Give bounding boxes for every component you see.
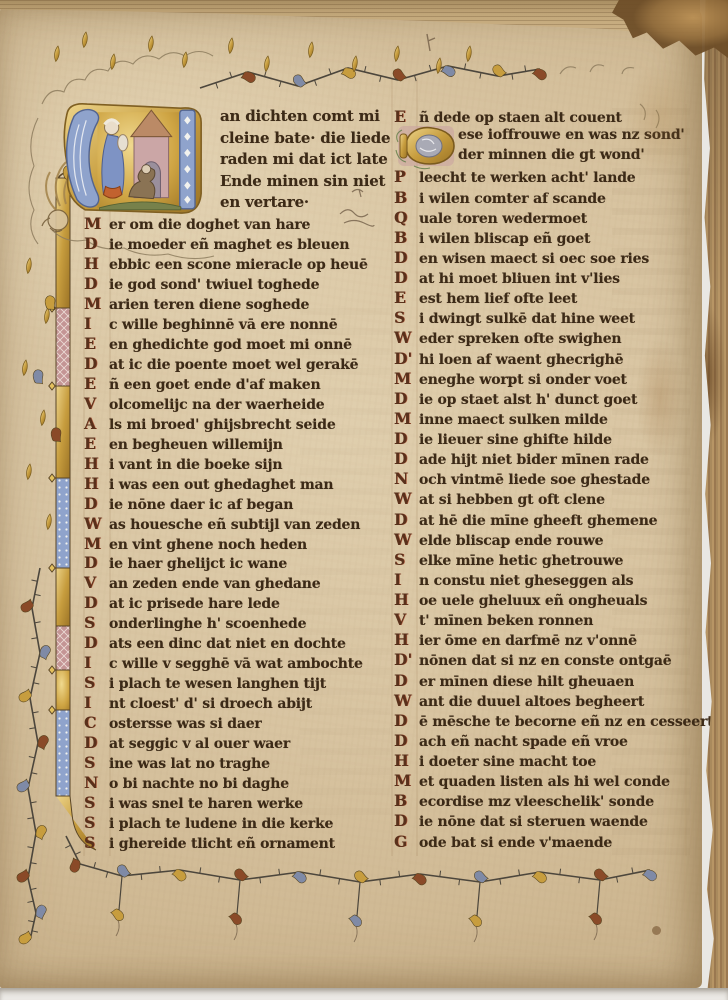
stain-spot: [652, 926, 661, 935]
verse-text: i vant in die boeke sijn: [109, 457, 282, 473]
verse-text: elke mīne hetic ghetrouwe: [419, 553, 623, 569]
gold-drop: [264, 56, 271, 72]
verse-line: Als mi broed' ghijsbrecht seide: [84, 414, 394, 434]
versal-capital: D: [394, 389, 419, 408]
verse-line: Hebbic een scone mieracle op heuē: [84, 254, 394, 274]
opening-line: Ende minen sin niet: [220, 172, 390, 194]
verse-text: at ic die poente moet wel gerakē: [109, 357, 358, 373]
versal-capital: D: [394, 248, 419, 267]
verse-line: Weder spreken ofte swighen: [394, 328, 694, 348]
verse-text: ie lieuer sine ghifte hilde: [419, 432, 612, 448]
gold-drop: [148, 36, 155, 52]
versal-capital: W: [394, 489, 419, 508]
opening-line: an dichten comt mi: [220, 107, 390, 129]
verse-text: nt cloest' d' si droech abijt: [109, 696, 312, 712]
verse-line: Si plach te wesen langhen tijt: [84, 673, 394, 693]
gold-drop: [44, 308, 51, 324]
vine-leaf: [172, 869, 186, 881]
verse-line: Ic wille v segghē vā wat ambochte: [84, 653, 394, 673]
vine-leaf: [340, 66, 357, 81]
verse-text: at ic prisede hare lede: [109, 596, 280, 612]
verse-text: arien teren diene soghede: [109, 297, 309, 313]
versal-capital: D: [394, 429, 419, 448]
versal-capital: D: [84, 553, 109, 572]
versal-capital: M: [394, 409, 419, 428]
verse-line: Een ghedichte god moet mi onnē: [84, 334, 394, 354]
verse-text: ē mēsche te becorne eñ nz en cesseert: [419, 714, 713, 730]
versal-capital: D: [84, 274, 109, 293]
verse-line: Dats een dinc dat niet en dochte: [84, 633, 394, 653]
verse-line: Hi doeter sine macht toe: [394, 751, 694, 771]
opening-line: raden mi dat ict late: [220, 150, 390, 172]
opening-line: en vertare·: [220, 193, 390, 215]
verse-line: Bi wilen bliscap eñ goet: [394, 228, 694, 248]
verse-text: eneghe worpt si onder voet: [419, 372, 627, 388]
verse-line: Gode bat si ende v'maende: [394, 832, 694, 852]
verse-text: et quaden listen als hi wel conde: [419, 774, 670, 790]
verse-line: Dade hijt niet bider mīnen rade: [394, 449, 694, 469]
verse-text: n constu niet gheseggen als: [419, 573, 633, 589]
verse-line: Vt' mīnen beken ronnen: [394, 610, 694, 630]
verse-text: en wisen maect si oec soe ries: [419, 251, 649, 267]
versal-capital: S: [394, 308, 419, 327]
versal-capital: D: [84, 733, 109, 752]
gold-drop: [26, 258, 33, 274]
versal-capital: E: [84, 374, 109, 393]
verse-line: Eest hem lief ofte leet: [394, 288, 694, 308]
verse-text: ier ōme en darfmē nz v'onnē: [419, 633, 637, 649]
verse-line: Sonderlinghe h' scoenhede: [84, 613, 394, 633]
vine-leaf: [18, 687, 33, 704]
versal-capital: D: [84, 593, 109, 612]
versal-capital: D: [84, 354, 109, 373]
verse-line: ese ioffrouwe en was nz sond': [458, 127, 694, 147]
gold-drop: [26, 464, 33, 480]
verse-line: Sine was lat no traghe: [84, 753, 394, 773]
versal-capital: E: [84, 434, 109, 453]
verse-line: D'hi loen af waent ghecrighē: [394, 349, 694, 369]
verse-text: en vertare·: [220, 193, 309, 211]
verse-line: Want die duuel altoes begheert: [394, 691, 694, 711]
verse-line: Die op staet alst h' dunct goet: [394, 389, 694, 409]
manuscript-photo: an dichten comt micleine bate· die liede…: [0, 0, 728, 1000]
verse-text: er om die doghet van hare: [109, 217, 310, 233]
verse-text: i was snel te haren werke: [109, 796, 303, 812]
verse-line: Hier ōme en darfmē nz v'onnē: [394, 630, 694, 650]
verse-line: Met quaden listen als hi wel conde: [394, 771, 694, 791]
verse-text: ese ioffrouwe en was nz sond': [458, 127, 685, 143]
verse-line: Wat si hebben gt oft clene: [394, 489, 694, 509]
versal-capital: H: [84, 454, 109, 473]
versal-capital: W: [394, 328, 419, 347]
verse-line: Volcomelijc na der waerheide: [84, 394, 394, 414]
verse-text: i was een out ghedaghet man: [109, 477, 333, 493]
verse-line: Si dwingt sulkē dat hine weet: [394, 308, 694, 328]
verse-text: er mīnen diese hilt gheuaen: [419, 674, 634, 690]
verse-line: Si plach te ludene in die kerke: [84, 813, 394, 833]
verse-text: an dichten comt mi: [220, 107, 380, 125]
versal-capital: V: [394, 610, 419, 629]
verse-text: ade hijt niet bider mīnen rade: [419, 452, 649, 468]
verse-text: ant die duuel altoes begheert: [419, 694, 644, 710]
versal-capital: H: [84, 254, 109, 273]
versal-capital: I: [84, 314, 109, 333]
verse-line: Noch vintmē liede soe ghestade: [394, 469, 694, 489]
gold-drop: [40, 410, 47, 426]
versal-capital: E: [84, 334, 109, 353]
versal-capital: A: [84, 414, 109, 433]
vine-leaf: [392, 68, 408, 82]
versal-capital: W: [394, 530, 419, 549]
verse-line: Si ghereide tlicht eñ ornament: [84, 833, 394, 853]
verse-line: Eñ een goet ende d'af maken: [84, 374, 394, 394]
vine-leaf: [34, 904, 49, 921]
verse-text: est hem lief ofte leet: [419, 291, 577, 307]
verse-text: olcomelijc na der waerheide: [109, 397, 325, 413]
verse-line: Eñ dede op staen alt couent: [394, 107, 694, 127]
versal-capital: H: [394, 590, 419, 609]
vine-leaf: [36, 734, 51, 751]
versal-capital: D: [394, 731, 419, 750]
versal-capital: M: [394, 771, 419, 790]
versal-capital: N: [394, 469, 419, 488]
versal-capital: D: [394, 510, 419, 529]
vine-leaf: [116, 864, 132, 878]
verse-line: Costersse was si daer: [84, 713, 394, 733]
versal-capital: D: [84, 234, 109, 253]
verse-text: ostersse was si daer: [109, 716, 262, 732]
verse-text: raden mi dat ict late: [220, 150, 388, 168]
versal-capital: G: [394, 832, 419, 851]
text-column-right: Eñ dede op staen alt couentese ioffrouwe…: [394, 107, 694, 852]
verse-line: Die god sond' twiuel toghede: [84, 274, 394, 294]
versal-capital: H: [84, 474, 109, 493]
verse-text: leecht te werken acht' lande: [419, 170, 636, 186]
verse-line: Hoe uele gheluux eñ ongheuals: [394, 590, 694, 610]
vine-stem: [200, 66, 540, 88]
verse-text: cleine bate· die liede: [220, 129, 390, 147]
verse-text: ecordise mz vleeschelik' sonde: [419, 794, 654, 810]
verse-text: en begheuen willemijn: [109, 437, 283, 453]
vine-leaf: [474, 871, 489, 883]
verse-text: at seggic v al ouer waer: [109, 736, 290, 752]
vine-leaf: [642, 869, 657, 882]
versal-capital: D: [394, 811, 419, 830]
verse-text: hi loen af waent ghecrighē: [419, 352, 623, 368]
versal-capital: B: [394, 791, 419, 810]
verse-line: Bi wilen comter af scande: [394, 188, 694, 208]
verse-text: ie haer ghelijct ic wane: [109, 556, 287, 572]
historiated-initial-miniature: [58, 100, 208, 220]
verse-text: ie op staet alst h' dunct goet: [419, 392, 637, 408]
verse-line: Dat seggic v al ouer waer: [84, 733, 394, 753]
gold-drop: [182, 52, 189, 68]
versal-capital: H: [394, 630, 419, 649]
verse-text: at si hebben gt oft clene: [419, 492, 605, 508]
verse-line: Dat ic prisede hare lede: [84, 593, 394, 613]
verse-line: Der mīnen diese hilt gheuaen: [394, 671, 694, 691]
versal-capital: M: [84, 294, 109, 313]
opening-line: cleine bate· die liede: [220, 129, 390, 151]
verse-text: c wille beghinnē vā ere nonnē: [109, 317, 337, 333]
verse-text: oe uele gheluux eñ ongheuals: [419, 593, 647, 609]
verse-text: ine was lat no traghe: [109, 756, 270, 772]
verse-text: at hē die mīne gheeft ghemene: [419, 513, 657, 529]
verse-text: t' mīnen beken ronnen: [419, 613, 593, 629]
versal-capital: D: [84, 633, 109, 652]
versal-capital: I: [84, 653, 109, 672]
virgin-hem: [104, 186, 122, 198]
verse-line: Mer om die doghet van hare: [84, 214, 394, 234]
versal-capital: E: [394, 107, 419, 126]
vine-leaf: [354, 871, 369, 884]
gold-drop: [466, 46, 473, 62]
versal-capital: P: [394, 167, 419, 186]
gold-drop: [46, 514, 53, 530]
verse-line: D'nōnen dat si nz en conste ontgaē: [394, 650, 694, 670]
verse-line: Men vint ghene noch heden: [84, 534, 394, 554]
versal-capital: M: [84, 214, 109, 233]
versal-capital: D: [394, 671, 419, 690]
manuscript-page: an dichten comt micleine bate· die liede…: [0, 8, 702, 988]
versal-capital: E: [394, 288, 419, 307]
vine-leaf: [440, 64, 456, 78]
verse-line: Die nōne daer ic af began: [84, 494, 394, 514]
verse-line: Pleecht te werken acht' lande: [394, 167, 694, 187]
verse-line: Was houesche eñ subtijl van zeden: [84, 514, 394, 534]
vine-leaf: [492, 64, 507, 77]
gold-drop: [394, 46, 401, 62]
versal-capital: S: [84, 613, 109, 632]
vine-leaf: [240, 70, 256, 85]
verse-text: o bi nachte no bi daghe: [109, 776, 289, 792]
gold-drop: [82, 32, 89, 48]
vine-leaf: [412, 873, 427, 885]
vine-leaf: [292, 871, 307, 883]
vine-leaf: [18, 929, 33, 946]
versal-capital: B: [394, 188, 419, 207]
text-column-left: Mer om die doghet van hareDie moeder eñ …: [84, 214, 394, 853]
verse-text: onderlinghe h' scoenhede: [109, 616, 306, 632]
verse-text: i doeter sine macht toe: [419, 754, 596, 770]
versal-capital: V: [84, 394, 109, 413]
verse-line: Die moeder eñ maghet es bleuen: [84, 234, 394, 254]
gold-drop: [110, 54, 117, 70]
verse-text: eder spreken ofte swighen: [419, 331, 621, 347]
versal-capital: D: [84, 494, 109, 513]
verse-line: Die lieuer sine ghifte hilde: [394, 429, 694, 449]
vine-leaf: [532, 871, 547, 884]
opening-lines: an dichten comt micleine bate· die liede…: [220, 107, 390, 215]
versal-capital: I: [84, 693, 109, 712]
verse-text: i wilen bliscap eñ goet: [419, 231, 590, 247]
vine-leaf: [292, 74, 308, 88]
verse-text: elde bliscap ende rouwe: [419, 533, 603, 549]
versal-capital: W: [84, 514, 109, 533]
verse-line: Selke mīne hetic ghetrouwe: [394, 550, 694, 570]
vine-leaf: [20, 597, 35, 614]
gold-drop: [308, 42, 315, 58]
vine-leaf: [67, 856, 83, 873]
verse-text: c wille v segghē vā wat ambochte: [109, 656, 363, 672]
versal-capital: S: [84, 753, 109, 772]
vine-leaf: [234, 869, 249, 882]
verse-line: Dat hē die mīne gheeft ghemene: [394, 510, 694, 530]
versal-capital: I: [394, 570, 419, 589]
verse-text: an zeden ende van ghedane: [109, 576, 320, 592]
verse-line: der minnen die gt wond': [458, 147, 694, 167]
verse-line: Int cloest' d' si droech abijt: [84, 693, 394, 713]
verse-line: In constu niet gheseggen als: [394, 570, 694, 590]
verse-line: Minne maect sulken milde: [394, 409, 694, 429]
verse-text: ie nōne daer ic af began: [109, 497, 293, 513]
versal-capital: D': [394, 349, 419, 368]
verse-text: i wilen comter af scande: [419, 191, 606, 207]
verse-text: der minnen die gt wond': [458, 147, 644, 163]
gold-drop: [228, 38, 235, 54]
versal-capital: D: [394, 711, 419, 730]
verse-text: ie god sond' twiuel toghede: [109, 277, 319, 293]
verse-text: i plach te wesen langhen tijt: [109, 676, 326, 692]
versal-capital: M: [84, 534, 109, 553]
vine-leaf: [594, 869, 609, 881]
versal-capital: H: [394, 751, 419, 770]
verse-text: ñ een goet ende d'af maken: [109, 377, 320, 393]
verse-text: i dwingt sulkē dat hine weet: [419, 311, 635, 327]
vine-leaf: [38, 644, 53, 661]
verse-text: en vint ghene noch heden: [109, 537, 307, 553]
versal-capital: V: [84, 573, 109, 592]
verse-line: Den wisen maect si oec soe ries: [394, 248, 694, 268]
verse-text: ode bat si ende v'maende: [419, 835, 612, 851]
verse-text: i ghereide tlicht eñ ornament: [109, 836, 335, 852]
verse-text: ebbic een scone mieracle op heuē: [109, 257, 368, 273]
versal-capital: S: [84, 833, 109, 852]
versal-capital: B: [394, 228, 419, 247]
verse-line: Dat hi moet bliuen int v'lies: [394, 268, 694, 288]
verse-text: uale toren wedermoet: [419, 211, 587, 227]
verse-line: Ic wille beghinnē vā ere nonnē: [84, 314, 394, 334]
gold-drop: [22, 360, 29, 376]
verse-line: Quale toren wedermoet: [394, 208, 694, 228]
vine-leaf: [532, 68, 547, 81]
verse-text: inne maect sulken milde: [419, 412, 608, 428]
verse-line: Marien teren diene soghede: [84, 294, 394, 314]
versal-capital: S: [84, 813, 109, 832]
verse-line: Hi vant in die boeke sijn: [84, 454, 394, 474]
versal-capital: Q: [394, 208, 419, 227]
versal-capital: D: [394, 449, 419, 468]
verse-text: ats een dinc dat niet en dochte: [109, 636, 346, 652]
verse-text: ñ dede op staen alt couent: [419, 110, 622, 126]
verse-text: och vintmē liede soe ghestade: [419, 472, 650, 488]
versal-capital: N: [84, 773, 109, 792]
gold-drop: [352, 56, 359, 72]
verse-text: Ende minen sin niet: [220, 172, 385, 190]
photo-backing: [0, 988, 728, 1000]
christ-child: [118, 135, 128, 151]
verse-line: Welde bliscap ende rouwe: [394, 530, 694, 550]
versal-capital: C: [84, 713, 109, 732]
verse-text: en ghedichte god moet mi onnē: [109, 337, 352, 353]
verse-line: Die nōne dat si steruen waende: [394, 811, 694, 831]
verse-line: No bi nachte no bi daghe: [84, 773, 394, 793]
verse-line: Dach eñ nacht spade eñ vroe: [394, 731, 694, 751]
versal-capital: S: [84, 673, 109, 692]
gold-drop: [54, 46, 61, 62]
verse-text: ls mi broed' ghijsbrecht seide: [109, 417, 336, 433]
verse-text: ie nōne dat si steruen waende: [419, 814, 648, 830]
vine-leaf: [16, 777, 31, 794]
initial-v-stem: [180, 110, 195, 209]
verse-line: Hi was een out ghedaghet man: [84, 474, 394, 494]
verse-text: at hi moet bliuen int v'lies: [419, 271, 620, 287]
versal-capital: W: [394, 691, 419, 710]
verse-line: Die haer ghelijct ic wane: [84, 553, 394, 573]
verse-line: Dē mēsche te becorne eñ nz en cesseert: [394, 711, 694, 731]
verse-line: Becordise mz vleeschelik' sonde: [394, 791, 694, 811]
verse-line: Een begheuen willemijn: [84, 434, 394, 454]
gold-drop: [436, 58, 443, 74]
verse-text: ach eñ nacht spade eñ vroe: [419, 734, 628, 750]
verse-line: Dat ic die poente moet wel gerakē: [84, 354, 394, 374]
vine-stem: [28, 568, 40, 940]
versal-capital: S: [84, 793, 109, 812]
versal-capital: S: [394, 550, 419, 569]
vine-leaf: [16, 867, 31, 884]
verse-text: as houesche eñ subtijl van zeden: [109, 517, 360, 533]
verse-text: nōnen dat si nz en conste ontgaē: [419, 653, 671, 669]
verse-text: ie moeder eñ maghet es bleuen: [109, 237, 349, 253]
verse-line: Meneghe worpt si onder voet: [394, 369, 694, 389]
vine-leaf: [34, 824, 49, 841]
verse-line: Van zeden ende van ghedane: [84, 573, 394, 593]
versal-capital: M: [394, 369, 419, 388]
versal-capital: D: [394, 268, 419, 287]
verse-line: Si was snel te haren werke: [84, 793, 394, 813]
versal-capital: D': [394, 650, 419, 669]
verse-text: i plach te ludene in die kerke: [109, 816, 333, 832]
